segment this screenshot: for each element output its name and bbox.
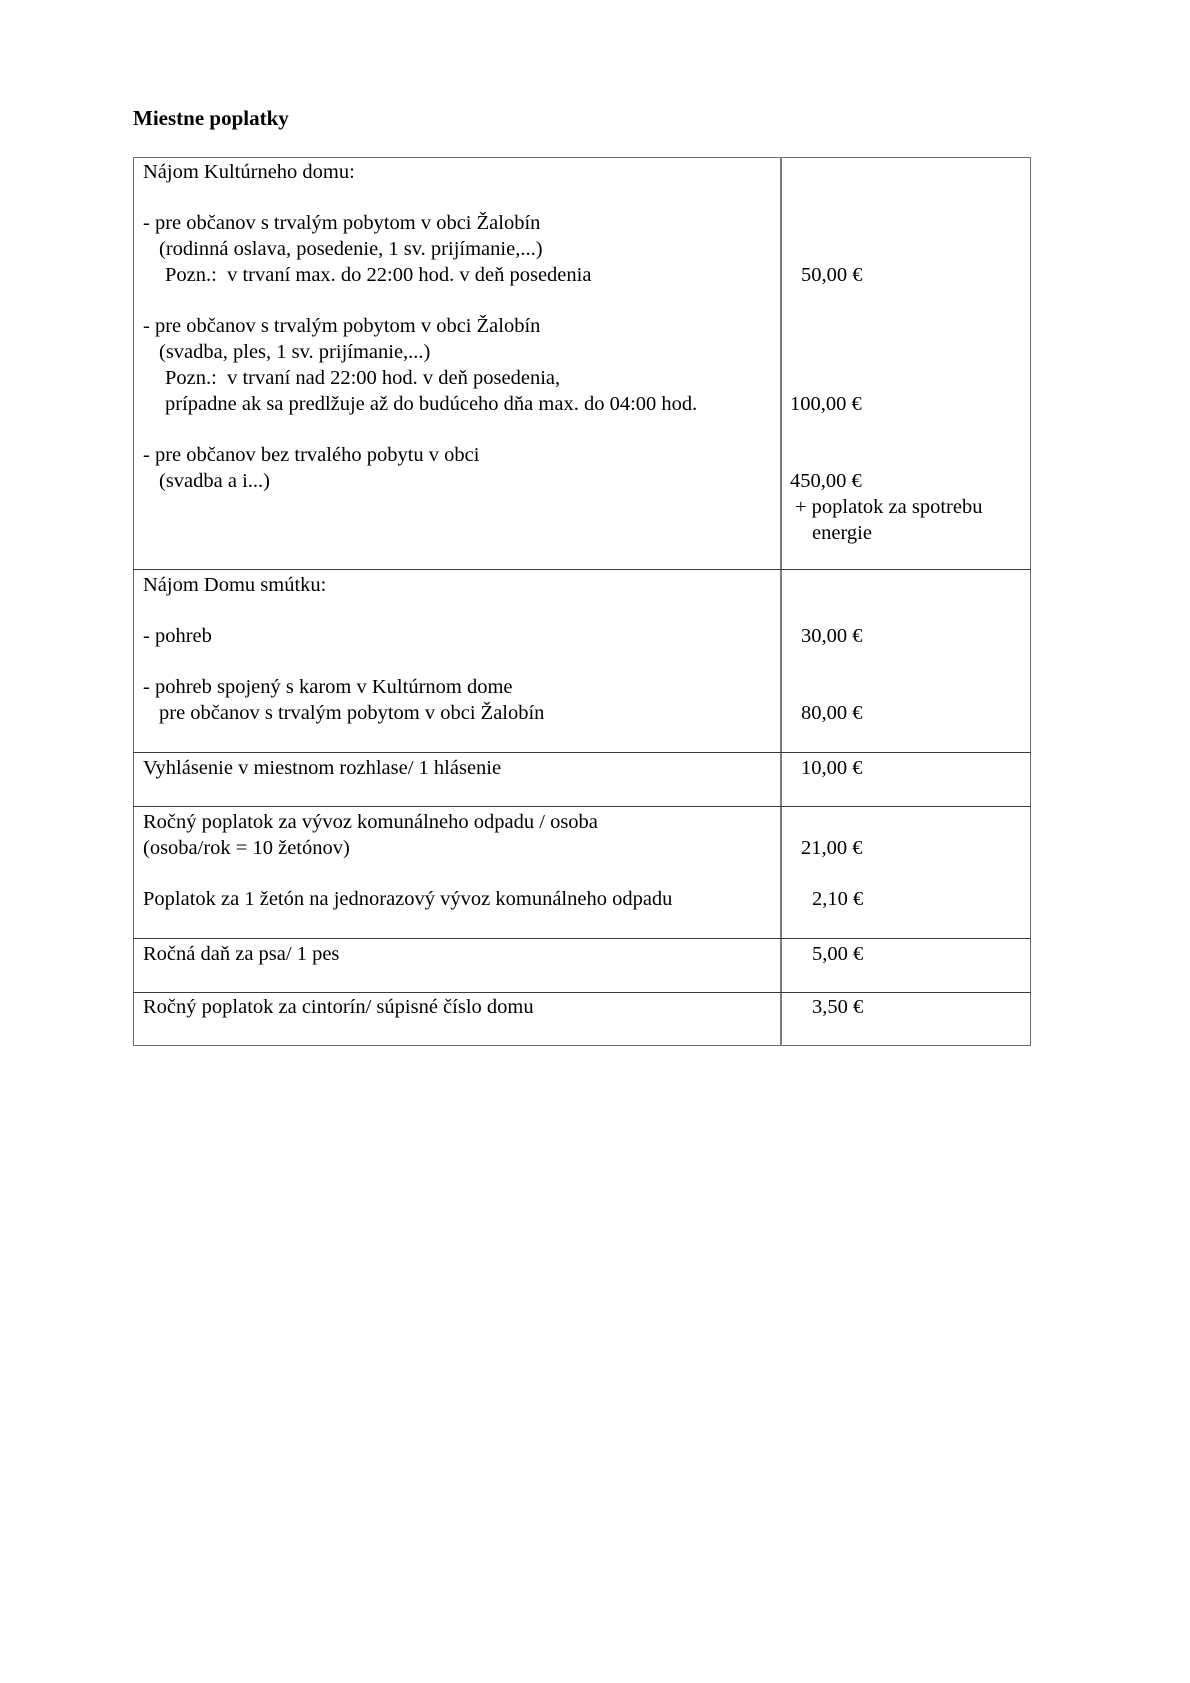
item-text: - pohreb — [143, 626, 212, 647]
price: 2,10 € — [812, 889, 863, 910]
price: 100,00 € — [790, 394, 862, 415]
item-note: Pozn.: v trvaní nad 22:00 hod. v deň pos… — [165, 368, 560, 389]
item-text: - pohreb spojený s karom v Kultúrnom dom… — [143, 677, 513, 698]
item-text: (rodinná oslava, posedenie, 1 sv. prijím… — [159, 239, 543, 260]
price: 21,00 € — [801, 838, 863, 859]
item-text: - pre občanov s trvalým pobytom v obci Ž… — [143, 316, 540, 337]
price: 50,00 € — [801, 265, 863, 286]
page-title: Miestne poplatky — [133, 106, 289, 131]
item-text: Vyhlásenie v miestnom rozhlase/ 1 hlásen… — [143, 758, 501, 779]
row-divider — [133, 569, 1031, 570]
price: 3,50 € — [812, 997, 863, 1018]
row-divider — [133, 752, 1031, 753]
item-text: (svadba, ples, 1 sv. prijímanie,...) — [159, 342, 430, 363]
row-divider — [133, 806, 1031, 807]
price: 10,00 € — [801, 758, 863, 779]
item-text: Poplatok za 1 žetón na jednorazový vývoz… — [143, 889, 672, 910]
column-divider — [780, 157, 782, 1046]
row-divider — [133, 992, 1031, 993]
item-text: Ročný poplatok za vývoz komunálneho odpa… — [143, 812, 598, 833]
price: 450,00 € — [790, 471, 862, 492]
item-text: (osoba/rok = 10 žetónov) — [143, 838, 350, 859]
price: 80,00 € — [801, 703, 863, 724]
fees-table — [133, 157, 1031, 1046]
price: 30,00 € — [801, 626, 863, 647]
item-text: - pre občanov bez trvalého pobytu v obci — [143, 445, 479, 466]
item-note: Pozn.: v trvaní max. do 22:00 hod. v deň… — [165, 265, 591, 286]
section-heading: Nájom Kultúrneho domu: — [143, 162, 355, 183]
price: 5,00 € — [812, 944, 863, 965]
item-text: Ročná daň za psa/ 1 pes — [143, 944, 339, 965]
item-text: Ročný poplatok za cintorín/ súpisné čísl… — [143, 997, 534, 1018]
price-note: energie — [812, 523, 872, 544]
item-text: pre občanov s trvalým pobytom v obci Žal… — [159, 703, 544, 724]
section-heading: Nájom Domu smútku: — [143, 575, 326, 596]
price-note: + poplatok za spotrebu — [795, 497, 982, 518]
item-note: prípadne ak sa predlžuje až do budúceho … — [165, 394, 697, 415]
row-divider — [133, 938, 1031, 939]
item-text: - pre občanov s trvalým pobytom v obci Ž… — [143, 213, 540, 234]
item-text: (svadba a i...) — [159, 471, 270, 492]
